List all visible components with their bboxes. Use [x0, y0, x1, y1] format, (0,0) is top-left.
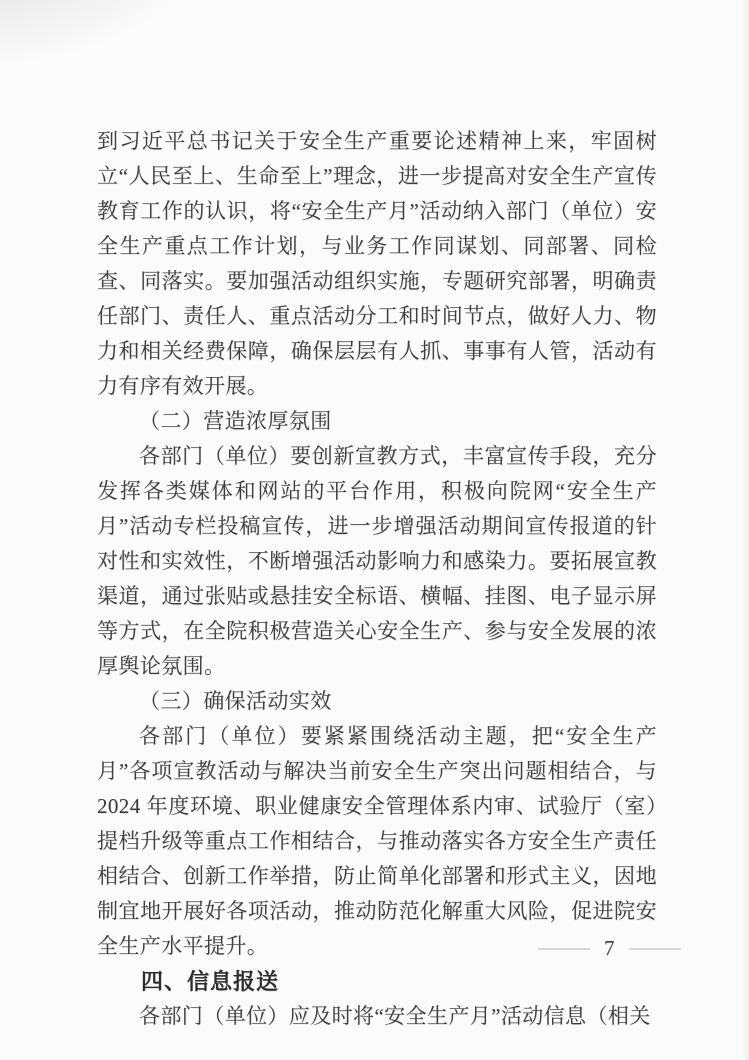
section-heading-4: 四、信息报送 — [97, 964, 657, 999]
document-page: 到习近平总书记关于安全生产重要论述精神上来，牢固树立“人民至上、生命至上”理念，… — [0, 0, 749, 1060]
body-paragraph: 各部门（单位）要紧紧围绕活动主题，把“安全生产月”各项宣教活动与解决当前安全生产… — [97, 719, 657, 964]
body-paragraph-cutoff: 各部门（单位）应及时将“安全生产月”活动信息（相关 — [97, 999, 657, 1034]
page-footer: 7 — [538, 936, 681, 961]
footer-dash-left — [538, 948, 590, 950]
subsection-heading-3: （三）确保活动实效 — [97, 684, 657, 719]
body-paragraph-continuation: 到习近平总书记关于安全生产重要论述精神上来，牢固树立“人民至上、生命至上”理念，… — [97, 124, 657, 404]
footer-dash-right — [629, 948, 681, 950]
subsection-heading-2: （二）营造浓厚氛围 — [97, 404, 657, 439]
document-body: 到习近平总书记关于安全生产重要论述精神上来，牢固树立“人民至上、生命至上”理念，… — [97, 124, 657, 1034]
body-paragraph: 各部门（单位）要创新宣教方式，丰富宣传手段，充分发挥各类媒体和网站的平台作用，积… — [97, 439, 657, 684]
page-number: 7 — [604, 936, 615, 961]
